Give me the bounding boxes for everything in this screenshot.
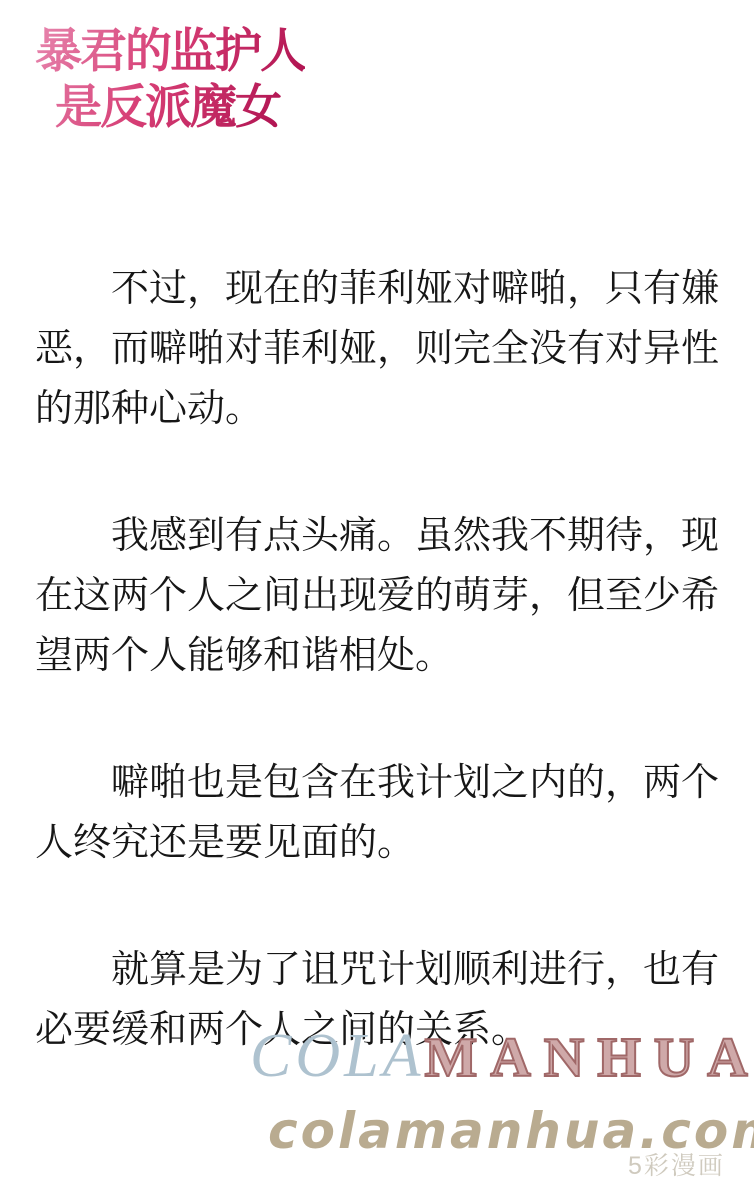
story-paragraph-1: 不过，现在的菲利娅对噼啪，只有嫌恶，而噼啪对菲利娅，则完全没有对异性的那种心动。 (35, 259, 723, 439)
site-brand-watermark: COLAMANHUA (250, 1024, 754, 1104)
comic-page: 暴君的监护人 是反派魔女 不过，现在的菲利娅对噼啪，只有嫌恶，而噼啪对菲利娅，则… (0, 0, 754, 1192)
series-logo: 暴君的监护人 是反派魔女 (35, 24, 305, 136)
site-brand-watermark-cola: COLA (250, 1022, 424, 1090)
series-logo-line1: 暴君的监护人 (35, 24, 305, 80)
story-paragraph-3: 噼啪也是包含在我计划之内的，两个人终究还是要见面的。 (35, 753, 723, 873)
story-paragraph-2: 我感到有点头痛。虽然我不期待，现在这两个人之间出现爱的萌芽，但至少希望两个人能够… (35, 506, 723, 686)
corner-watermark: 5彩漫画 (628, 1146, 725, 1182)
series-logo-line2: 是反派魔女 (35, 80, 305, 136)
site-brand-watermark-manhua: MANHUA (424, 1027, 754, 1089)
story-text: 不过，现在的菲利娅对噼啪，只有嫌恶，而噼啪对菲利娅，则完全没有对异性的那种心动。… (35, 259, 723, 1060)
